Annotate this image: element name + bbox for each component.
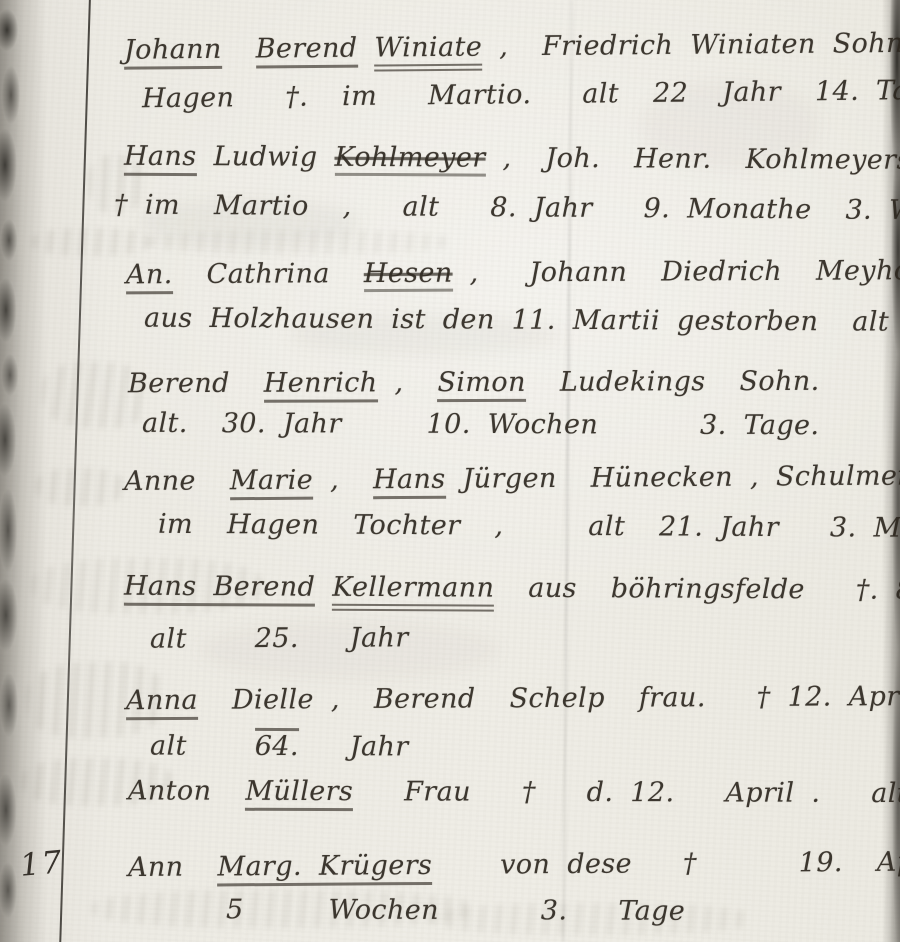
bleedthrough-smudge [150, 230, 450, 254]
handwriting-segment: alt. 30. Jahr 10. Wochen 3. Tage. [142, 408, 820, 441]
handwriting-segment: Hans [124, 141, 197, 176]
burial-entry-3-line-2: aus Holzhausen ist den 11. Martii gestor… [144, 304, 900, 338]
handwriting-segment: Anton [128, 775, 245, 806]
burial-entry-3-line-1: An. Cathrina Hesen , Johann Diedrich Mey… [126, 256, 900, 290]
manuscript-page: 17 Johann Berend Winiate , Friedrich Win… [0, 0, 900, 942]
handwriting-segment: An. [126, 259, 173, 294]
margin-entry-number: 17 [19, 844, 65, 884]
handwriting-segment: , Johann Diedrich Meyhorst frau [452, 255, 900, 289]
burial-entry-5-line-1: Anne Marie , Hans Jürgen Hünecken , Schu… [124, 461, 900, 497]
handwriting-segment: Anna [126, 685, 198, 720]
burial-entry-2-line-1: Hans Ludwig Kohlmeyer , Joh. Henr. Kohlm… [124, 142, 900, 176]
handwriting-segment: Anne [124, 465, 230, 497]
handwriting-segment: im Hagen Tochter , alt 21. Jahr 3. Monat… [158, 509, 900, 544]
handwriting-segment: Marie [230, 465, 314, 501]
handwriting-segment: , [377, 367, 437, 398]
handwriting-segment: Kellermann [332, 572, 494, 612]
burial-entry-6-line-1: Hans Berend Kellermann aus böhringsfelde… [124, 572, 900, 606]
binding-edge [0, 0, 52, 942]
handwriting-segment: Berend [256, 33, 358, 69]
handwriting-segment: Marg. Krügers [217, 850, 432, 886]
handwriting-segment: 5 Wochen 3. Tage [226, 894, 685, 927]
handwriting-segment: Ann [128, 851, 218, 883]
handwriting-segment [357, 33, 374, 64]
burial-entry-7-line-2: alt 64. Jahr [150, 732, 409, 763]
handwriting-segment: alt [150, 731, 255, 762]
handwriting-segment: Hans [373, 464, 446, 500]
handwriting-segment: Müllers [245, 776, 353, 811]
handwriting-segment: Berend [128, 368, 264, 399]
handwriting-segment: aus böhringsfelde †. 8. April [494, 573, 900, 607]
handwriting-segment [315, 572, 332, 603]
handwriting-segment: Hans Berend [124, 571, 315, 607]
handwriting-segment: , Joh. Henr. Kohlmeyers Sohn [485, 143, 900, 177]
handwriting-segment: Hesen [364, 258, 453, 292]
handwriting-segment: , Friedrich Winiaten Sohn von [482, 27, 900, 62]
handwriting-segment: Jahr [299, 731, 409, 762]
handwriting-segment: Johann [124, 34, 222, 70]
handwriting-segment: Ludekings Sohn. [526, 366, 820, 398]
handwriting-segment: aus Holzhausen ist den 11. Martii gestor… [144, 303, 900, 339]
burial-entry-1-line-1: Johann Berend Winiate , Friedrich Winiat… [124, 28, 900, 65]
burial-entry-7-line-1: Anna Dielle , Berend Schelp frau. † 12. … [126, 682, 900, 716]
handwriting-segment: Frau † d. 12. April . alt 80. Jahr [353, 776, 900, 809]
handwriting-segment: alt 25. Jahr [150, 622, 409, 654]
burial-entry-4-line-2: alt. 30. Jahr 10. Wochen 3. Tage. [142, 409, 820, 441]
burial-entry-4-line-1: Berend Henrich , Simon Ludekings Sohn. [128, 367, 820, 399]
burial-entry-6-line-2: alt 25. Jahr [150, 623, 409, 654]
handwriting-segment: Kohlmeyer [334, 142, 485, 177]
burial-entry-8-line-1: Anton Müllers Frau † d. 12. April . alt … [128, 776, 900, 809]
handwriting-segment: von dese † 19. April. alt [432, 846, 900, 881]
handwriting-segment: Dielle , Berend Schelp frau. † 12. April… [198, 681, 900, 716]
burial-entry-9-line-2: 5 Wochen 3. Tage [226, 895, 685, 926]
handwriting-segment: Jürgen Hünecken , Schulmeisters [445, 460, 900, 495]
burial-entry-5-line-2: im Hagen Tochter , alt 21. Jahr 3. Monat… [158, 510, 900, 544]
handwriting-segment: Henrich [264, 367, 378, 402]
handwriting-segment: Simon [437, 367, 526, 402]
handwriting-segment [222, 34, 256, 65]
handwriting-segment: 64. [255, 728, 299, 762]
handwriting-segment: , [313, 464, 373, 495]
handwriting-segment: Cathrina [173, 258, 364, 290]
handwriting-segment: Winiate [374, 32, 482, 72]
handwriting-segment: Ludwig [196, 141, 334, 173]
burial-entry-9-line-1: Ann Marg. Krügers von dese † 19. April. … [128, 847, 900, 883]
